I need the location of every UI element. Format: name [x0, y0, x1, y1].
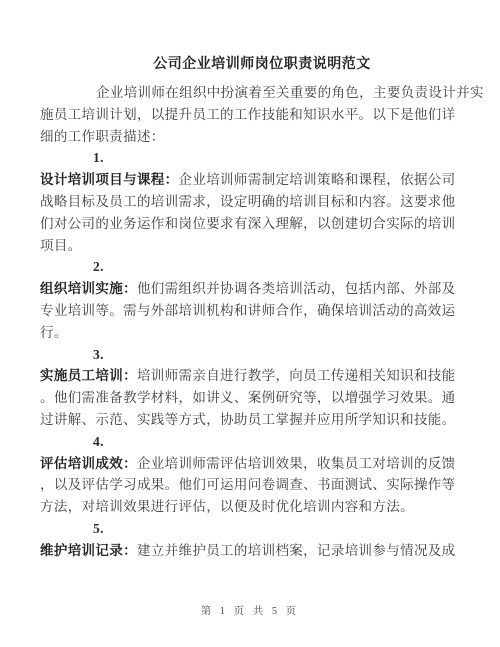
- item-number: 2.: [40, 256, 456, 278]
- item-line: 方法，对培训效果进行评估，以便及时优化培训内容和方法。: [40, 496, 456, 518]
- page-number: 第 1 页 共 5 页: [201, 606, 300, 617]
- item-line: 组织培训实施：他们需组织并协调各类培训活动，包括内部、外部及: [40, 278, 456, 300]
- item-line: ，以及评估学习成果。他们可运用问卷调查、书面测试、实际操作等: [40, 474, 456, 496]
- intro-line: 企业培训师在组织中扮演着至关重要的角色，主要负责设计并实: [40, 82, 456, 104]
- item-line: 。他们需准备教学材料，如讲义、案例研究等，以增强学习效果。通: [40, 387, 456, 409]
- item-line: 过讲解、示范、实践等方式，协助员工掌握并应用所学知识和技能。: [40, 409, 456, 431]
- item-line: 项目。: [40, 235, 456, 257]
- item-label: 评估培训成效：: [40, 456, 137, 471]
- item-line: 专业培训等。需与外部培训机构和讲师合作，确保培训活动的高效运: [40, 300, 456, 322]
- item-line: 战略目标及员工的培训需求，设定明确的培训目标和内容。这要求他: [40, 191, 456, 213]
- item-label: 组织培训实施：: [40, 281, 137, 296]
- document-page: 公司企业培训师岗位职责说明范文 企业培训师在组织中扮演着至关重要的角色，主要负责…: [0, 0, 500, 647]
- item-label: 维护培训记录：: [40, 543, 137, 558]
- item-number: 3.: [40, 344, 456, 366]
- page-footer: 第 1 页 共 5 页: [0, 603, 500, 618]
- item-label: 设计培训项目与课程：: [40, 172, 179, 187]
- intro-line: 施员工培训计划，以提升员工的工作技能和知识水平。以下是他们详: [40, 104, 456, 126]
- item-line: 实施员工培训：培训师需亲自进行教学，向员工传递相关知识和技能: [40, 365, 456, 387]
- item-number: 4.: [40, 431, 456, 453]
- intro-line: 细的工作职责描述：: [40, 126, 456, 148]
- item-number: 1.: [40, 147, 456, 169]
- item-number: 5.: [40, 518, 456, 540]
- item-line: 维护培训记录：建立并维护员工的培训档案，记录培训参与情况及成: [40, 540, 456, 562]
- item-line: 行。: [40, 322, 456, 344]
- document-body: 企业培训师在组织中扮演着至关重要的角色，主要负责设计并实施员工培训计划，以提升员…: [40, 82, 456, 562]
- item-line: 评估培训成效：企业培训师需评估培训效果，收集员工对培训的反馈: [40, 453, 456, 475]
- item-label: 实施员工培训：: [40, 368, 137, 383]
- page-title: 公司企业培训师岗位职责说明范文: [40, 56, 456, 74]
- item-line: 们对公司的业务运作和岗位要求有深入理解，以创建切合实际的培训: [40, 213, 456, 235]
- item-line: 设计培训项目与课程：企业培训师需制定培训策略和课程，依据公司: [40, 169, 456, 191]
